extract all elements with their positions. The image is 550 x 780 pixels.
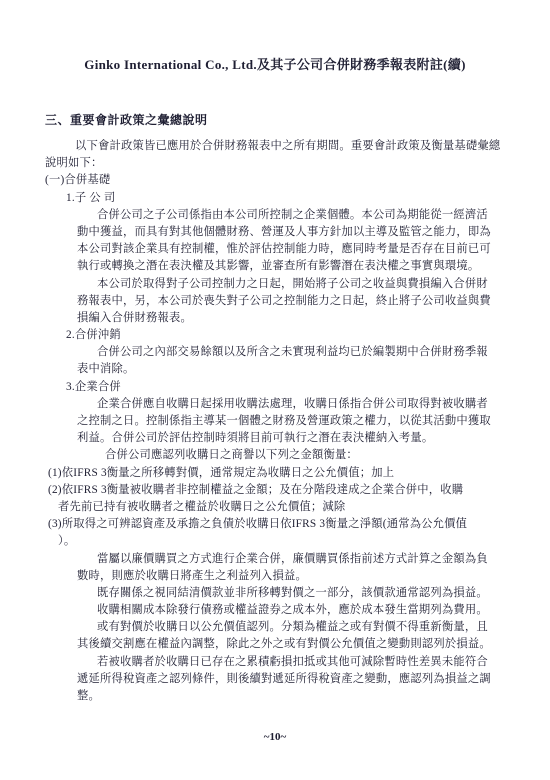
text-line: 本公司對該企業具有控制權，惟於評估控制能力時，應同時考量是否存在目前已可	[77, 241, 550, 258]
text-line: 本公司於取得對子公司控制力之日起，開始將子公司之收益與費損編入合併財	[97, 276, 550, 293]
text-line: 合併公司之子公司係指由本公司所控制之企業個體。本公司為期能從一經濟活	[97, 207, 550, 224]
text-line: (3)所取得之可辨認資產及承擔之負債於收購日依IFRS 3衡量之淨額(通常為公允…	[48, 516, 550, 533]
text-line: 利益。合併公司於評估控制時須將目前可執行之潛在表決權納入考量。	[77, 430, 550, 447]
text-line: 合併公司應認列收購日之商譽以下列之金額衡量：	[105, 447, 550, 464]
text-line: 說明如下：	[45, 155, 550, 172]
text-line: (1)依IFRS 3衡量之所移轉對價，通常規定為收購日之公允價值；加上	[48, 465, 550, 482]
text-line: 執行或轉換之潛在表決權及其影響，並審查所有影響潛在表決權之事實與環境。	[77, 258, 550, 275]
text-line: 表中消除。	[77, 361, 550, 378]
body-text-block: 以下會計政策皆已應用於合併財務報表中之所有期間。重要會計政策及衡量基礎彙總 說明…	[0, 138, 550, 705]
text-line: 數時，則應於收購日將產生之利益列入損益。	[77, 568, 550, 585]
text-line: 損編入合併財務報表。	[77, 310, 550, 327]
text-line: (2)依IFRS 3衡量被收購者非控制權益之金額；及在分階段達成之企業合併中，收…	[48, 482, 550, 499]
text-line: 整。	[77, 688, 550, 705]
document-page: Ginko International Co., Ltd.及其子公司合併財務季報…	[0, 0, 550, 780]
document-title: Ginko International Co., Ltd.及其子公司合併財務季報…	[0, 54, 550, 73]
text-line: 遞延所得稅資產之認列條件，則後續對遞延所得稅資產之變動，應認列為損益之調	[77, 671, 550, 688]
text-line: 企業合併應自收購日起採用收購法處理，收購日係指合併公司取得對被收購者	[97, 396, 550, 413]
text-line: 以下會計政策皆已應用於合併財務報表中之所有期間。重要會計政策及衡量基礎彙總	[75, 138, 550, 155]
text-line: (一)合併基礎	[45, 172, 550, 189]
text-line: 2.合併沖銷	[66, 327, 550, 344]
text-line: 3.企業合併	[66, 379, 550, 396]
page-number: ~10~	[0, 731, 550, 743]
text-line: 之控制之日。控制係指主導某一個體之財務及營運政策之權力，以從其活動中獲取	[77, 413, 550, 430]
text-line: ）。	[58, 533, 550, 550]
section-heading: 三、重要會計政策之彙總說明	[45, 111, 208, 128]
text-line: 1.子 公 司	[66, 190, 550, 207]
text-line: 者先前已持有被收購者之權益於收購日之公允價值；減除	[58, 499, 550, 516]
text-line: 動中獲益，而具有對其他個體財務、營運及人事方針加以主導及監管之能力，即為	[77, 224, 550, 241]
text-line: 既存關係之視同結清價款並非所移轉對價之一部分，該價款通常認列為損益。	[97, 585, 550, 602]
text-line: 務報表中，另，本公司於喪失對子公司之控制能力之日起，終止將子公司收益與費	[77, 293, 550, 310]
text-line: 合併公司之內部交易餘額以及所含之未實現利益均已於編製期中合併財務季報	[97, 344, 550, 361]
text-line: 當屬以廉價購買之方式進行企業合併，廉價購買係指前述方式計算之金額為負	[97, 551, 550, 568]
text-line: 其後續交割應在權益內調整，除此之外之或有對價公允價值之變動則認列於損益。	[77, 636, 550, 653]
text-line: 收購相關成本除發行債務或權益證券之成本外，應於成本發生當期列為費用。	[97, 602, 550, 619]
text-line: 若被收購者於收購日已存在之累積虧損扣抵或其他可減除暫時性差異未能符合	[97, 654, 550, 671]
text-line: 或有對價於收購日以公允價值認列。分類為權益之或有對價不得重新衡量，且	[97, 619, 550, 636]
